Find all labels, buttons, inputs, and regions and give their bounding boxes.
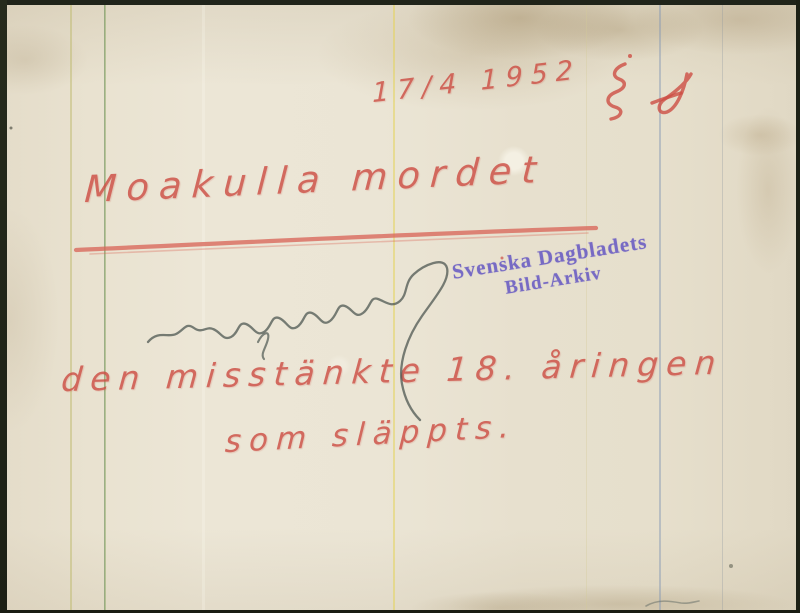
red-ink-speck xyxy=(501,257,504,260)
paper-speck xyxy=(729,564,733,568)
paper-speck xyxy=(10,127,13,130)
pencil-scribble xyxy=(646,601,699,606)
red-underline-stroke xyxy=(76,228,596,250)
handwriting-strokes-layer xyxy=(0,0,800,613)
photo-dark-edge-left xyxy=(0,0,7,613)
photo-dark-edge-top xyxy=(0,0,800,5)
handwritten-date-mark xyxy=(608,54,691,119)
archive-photo-back-scan: Svenska Dagbladets Bild-Arkiv 17/4 1952 … xyxy=(0,0,800,613)
photo-dark-edge-right xyxy=(796,0,800,613)
handwritten-signature xyxy=(148,262,447,420)
